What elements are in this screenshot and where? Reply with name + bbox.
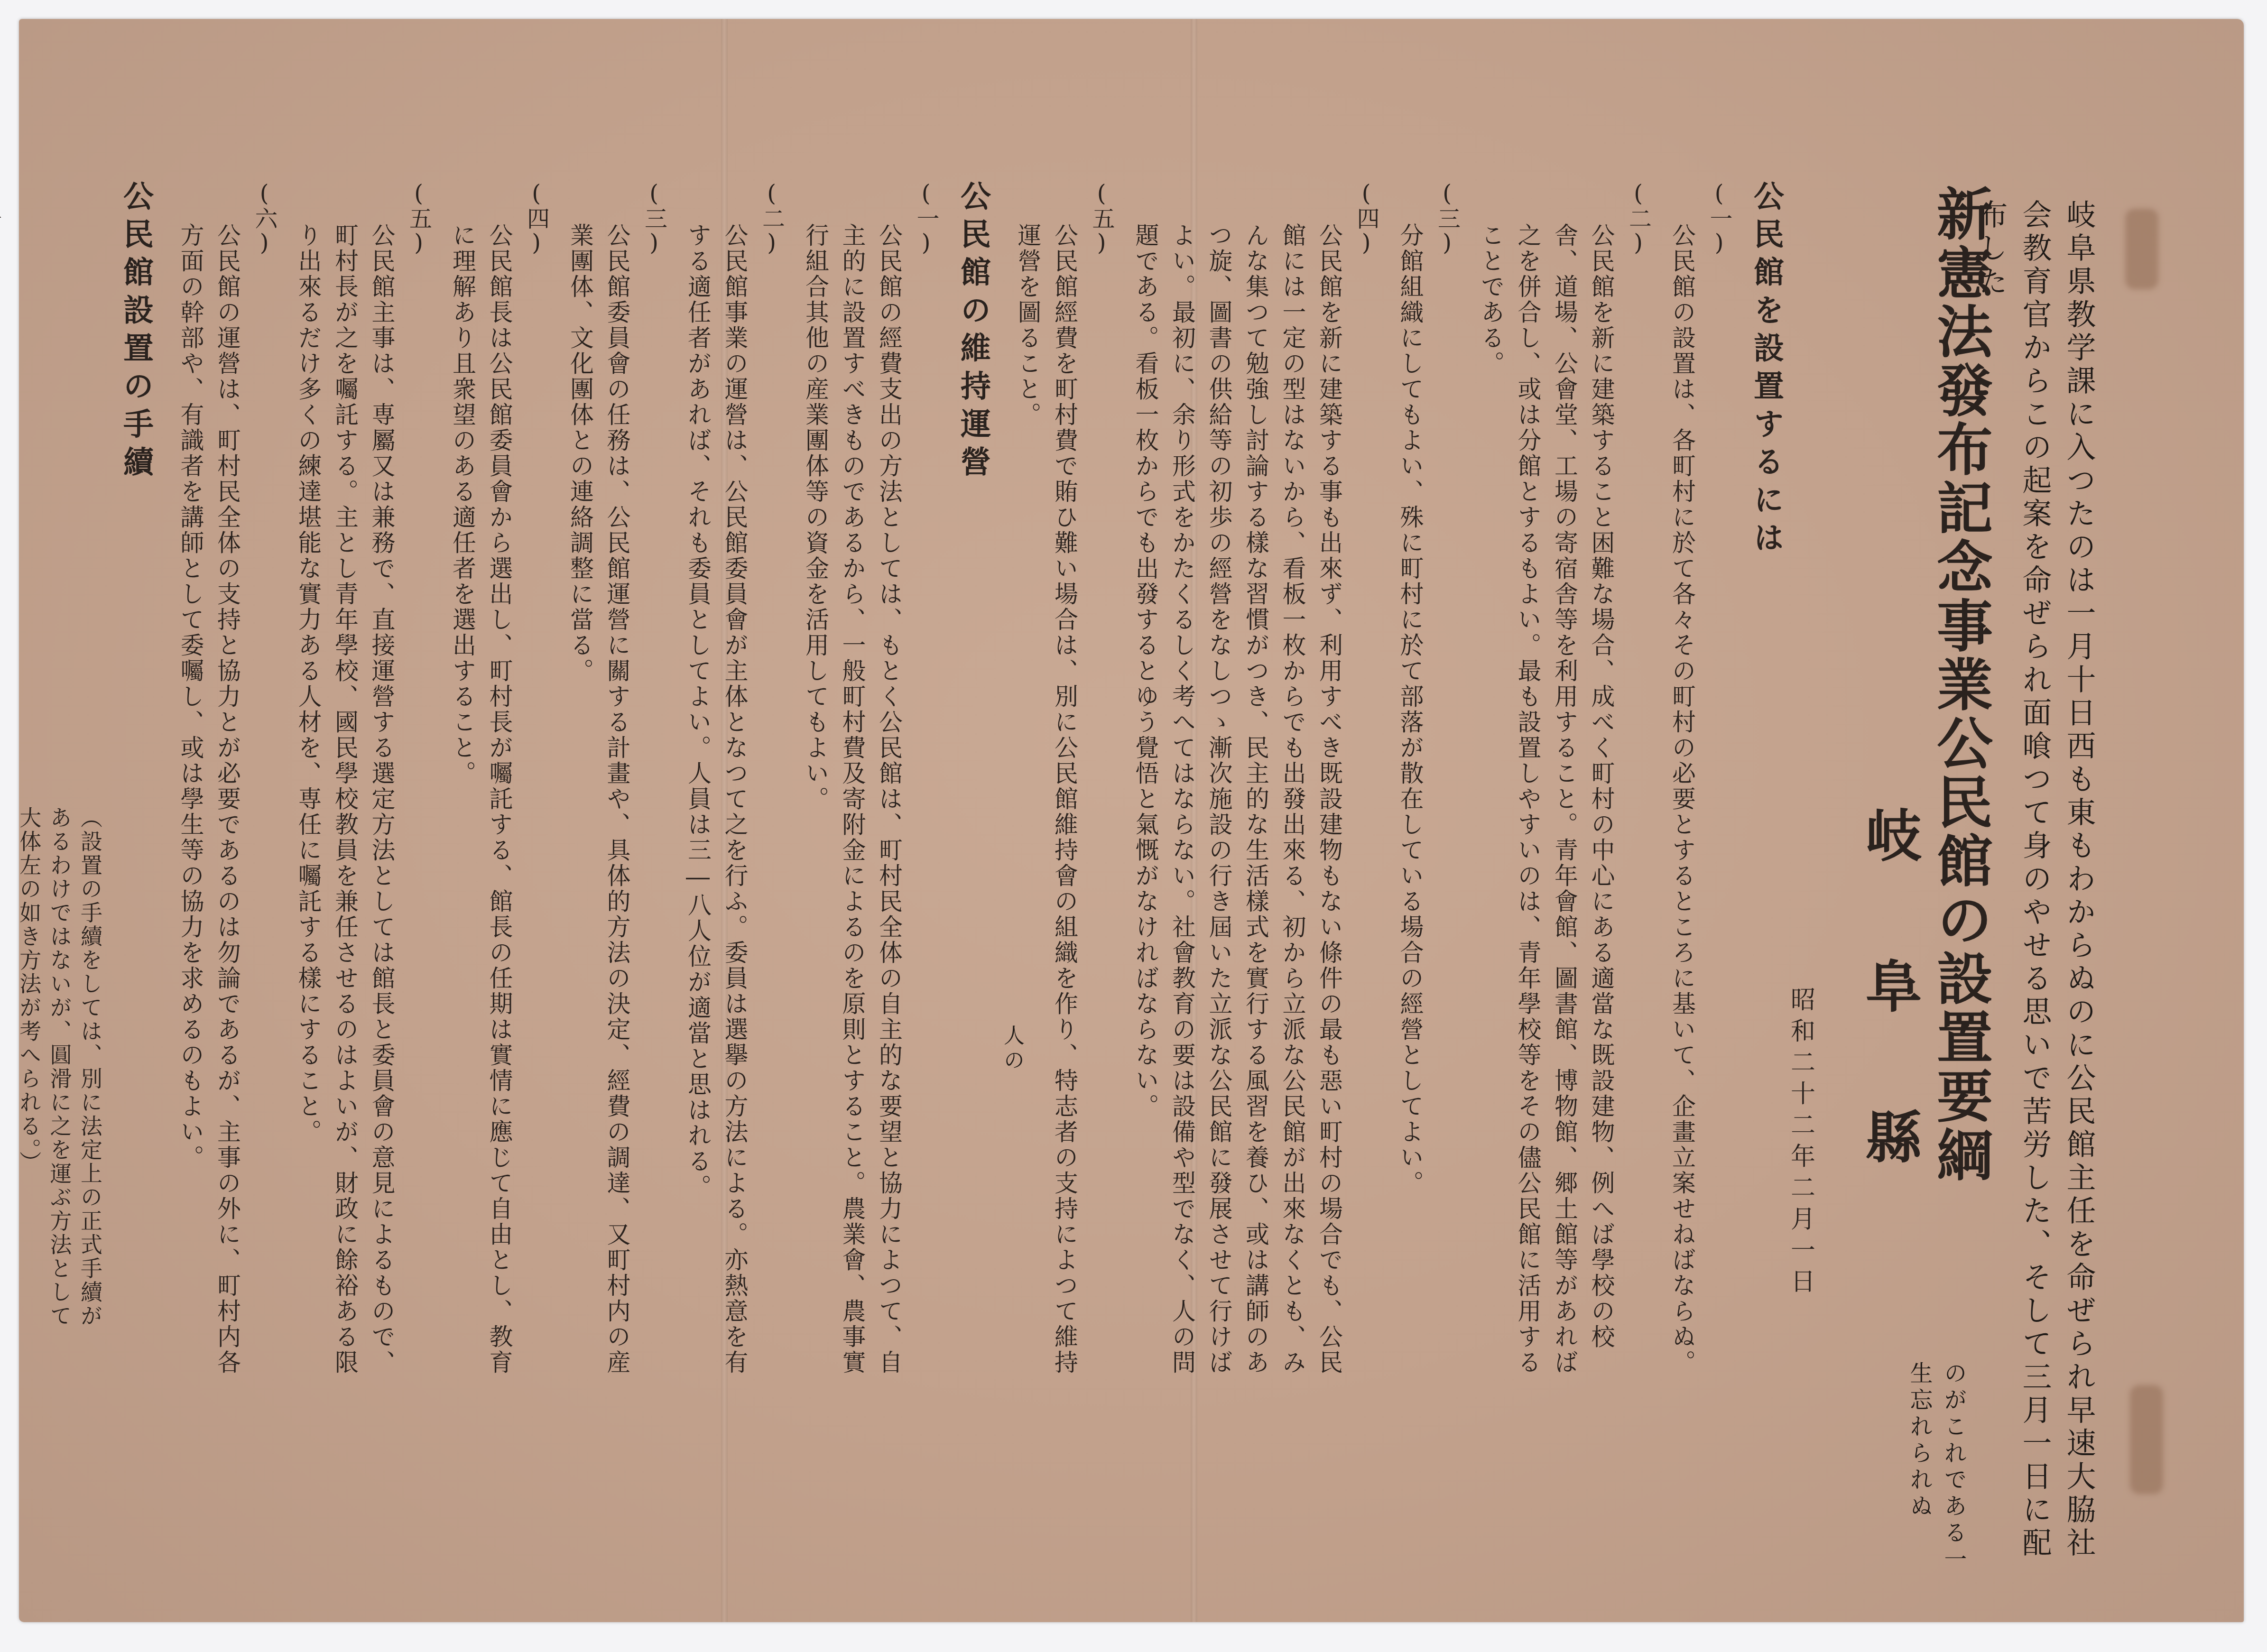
tape-stain [2125,209,2158,289]
list-item: (三)分館組織にしてもよい、殊に町村に於て部落が散在している場合の經營としてよい… [1391,180,1464,1556]
item-text: 公民館を新に建築する事も出來ず、利用すべき既設建物もない條件の最も惡い町村の場合… [1127,223,1347,1385]
list-item: (五)公民館主事は、専屬又は兼務で、直接運營する選定方法としては館長と委員會の意… [289,180,435,1556]
body-sections: 公民館を設置するには(一)公民館の設置は、各町村に於て各々その町村の必要とすると… [0,180,1788,1556]
list-item: (二)公民館を新に建築すること困難な場合、成べく町村の中心にある適當な既設建物、… [1472,180,1655,1556]
item-text: 公民館を新に建築すること困難な場合、成べく町村の中心にある適當な既設建物、例へば… [1472,223,1619,1385]
item-number: (四) [1350,180,1383,1556]
list-item: (二)公民館事業の運營は、公民館委員會が主体となつて之を行ふ。委員は選擧の方法に… [679,180,788,1556]
list-item: (四)公民館長は公民館委員會から選出し、町村長が囑託する、館長の任期は實情に應じ… [444,180,553,1556]
section-note: （設置の手續をしては、別に法定上の正式手續があるわけではないが、圓滑に之を運ぶ方… [14,806,105,1328]
section-heading: 公民館の維持運營 [951,180,995,1556]
tape-stain [2130,1385,2163,1494]
item-number: (六) [248,180,281,1556]
item-number: (五) [1085,180,1118,1556]
item-number: (一) [910,180,943,1556]
list-item: (三)公民館委員會の任務は、公民館運營に關する計畫や、具体的方法の決定、經費の調… [562,180,671,1556]
item-text: 公民館の設置は、各町村に於て各々その町村の必要とするところに基いて、企畫立案せね… [1664,223,1701,1385]
list-item: (一)公民館の經費支出の方法としては、もとく公民館は、町村民全体の自主的な要望と… [797,180,943,1556]
item-number: (三) [638,180,671,1556]
list-item: (五)公民館經費を町村費で賄ひ難い場合は、別に公民館維持會の組織を作り、特志者の… [1009,180,1118,1556]
item-number: (二) [1622,180,1655,1556]
margin-handwritten-note: 人の [996,1024,1027,1074]
item-text: 公民館事業の運營は、公民館委員會が主体となつて之を行ふ。委員は選擧の方法による。… [679,223,753,1385]
item-number: (五) [403,180,435,1556]
item-number: (三) [1431,180,1464,1556]
item-number: (一) [0,180,5,1556]
item-text: 公民館經費を町村費で賄ひ難い場合は、別に公民館維持會の組織を作り、特志者の支持に… [1009,223,1083,1385]
section-2: 公民館の維持運營(一)公民館の經費支出の方法としては、もとく公民館は、町村民全体… [172,180,995,1556]
item-text: 公民館の經費支出の方法としては、もとく公民館は、町村民全体の自主的な要望と協力に… [797,223,907,1385]
item-text: 公民館主事は、専屬又は兼務で、直接運營する選定方法としては館長と委員會の意見によ… [289,223,400,1385]
list-item: (一)公民館の設置は、各町村に於て各々その町村の必要とするところに基いて、企畫立… [1664,180,1736,1556]
item-number: (二) [756,180,788,1556]
list-item: (四)公民館を新に建築する事も出來ず、利用すべき既設建物もない條件の最も惡い町村… [1127,180,1383,1556]
section-1: 公民館を設置するには(一)公民館の設置は、各町村に於て各々その町村の必要とすると… [1009,180,1788,1556]
list-item: (六)公民館の運營は、町村民全体の支持と協力とが必要であるのは勿論であるが、主事… [172,180,281,1556]
section-heading: 公民館を設置するには [1744,180,1788,1556]
item-text: 分館組織にしてもよい、殊に町村に於て部落が散在している場合の經營としてよい。 [1391,223,1428,1385]
issuer: 岐阜縣 [1845,806,1932,1259]
list-item: (一)町村内に於ける各常會、町村政懇談會、或は婦人會、青年團の會合等に於て、話題… [0,180,5,1556]
section-3: 公民館設置の手續（設置の手續をしては、別に法定上の正式手續があるわけではないが、… [0,180,157,1556]
item-text: 公民館長は公民館委員會から選出し、町村長が囑託する、館長の任期は實情に應じて自由… [444,223,518,1385]
handwritten-note-end: のがこれである一生忘れられぬ [1902,1361,1971,1598]
item-text: 公民館委員會の任務は、公民館運營に關する計畫や、具体的方法の決定、經費の調達、又… [562,223,635,1385]
item-text: 公民館の運營は、町村民全体の支持と協力とが必要であるのは勿論であるが、主事の外に… [172,223,245,1385]
item-number: (四) [520,180,553,1556]
item-number: (一) [1703,180,1736,1556]
section-heading: 公民館設置の手續 [114,180,157,1556]
